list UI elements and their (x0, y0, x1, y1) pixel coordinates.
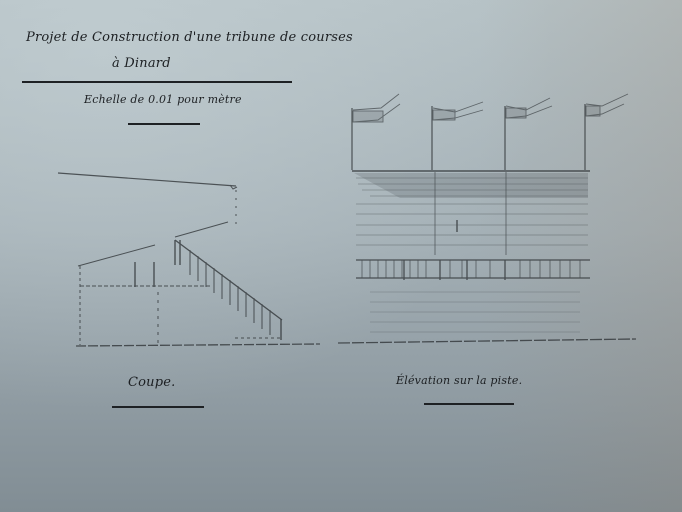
elevation-caption-underline (424, 403, 514, 405)
elevation-drawing (0, 0, 682, 512)
section-caption: Coupe. (128, 375, 176, 390)
section-caption-underline (112, 406, 204, 408)
drawing-sheet: Projet de Construction d'une tribune de … (0, 0, 682, 512)
elevation-caption: Élévation sur la piste. (396, 374, 522, 387)
